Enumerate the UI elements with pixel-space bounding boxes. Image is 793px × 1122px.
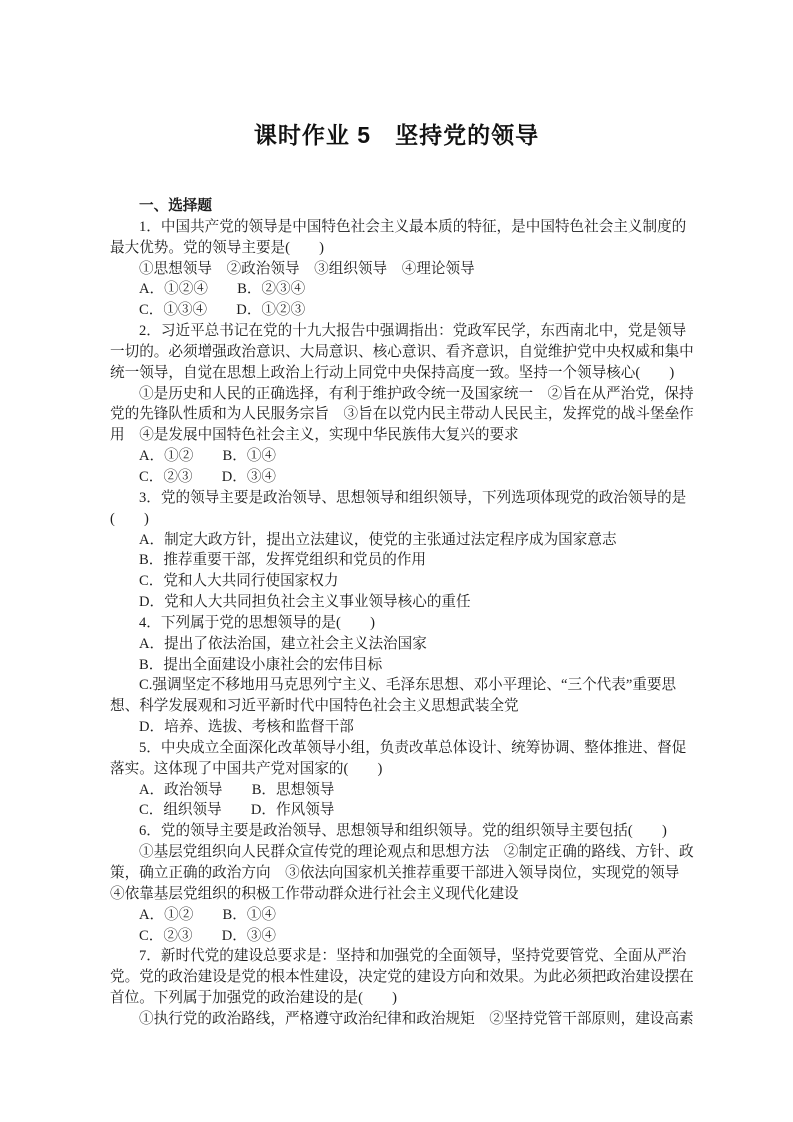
q3-option-c: C．党和人大共同行使国家权力 — [110, 571, 692, 592]
q6-items-line-1: ①基层党组织向人民群众宣传党的理论观点和思想方法 ②制定正确的路线、方针、政 — [110, 842, 692, 863]
q6-options-cd: C．②③ D．③④ — [110, 926, 692, 947]
q3-stem-line-1: 3．党的领导主要是政治领导、思想领导和组织领导，下列选项体现党的政治领导的是 — [110, 488, 692, 509]
page-title: 课时作业 5 坚持党的领导 — [0, 117, 793, 150]
q2-items-line-2: 党的先锋队性质和为人民服务宗旨 ③旨在以党内民主带动人民民主，发挥党的战斗堡垒作 — [110, 404, 692, 425]
q4-option-c-line-2: 想、科学发展观和习近平新时代中国特色社会主义思想武装全党 — [110, 696, 692, 717]
q4-option-b: B．提出全面建设小康社会的宏伟目标 — [110, 655, 692, 676]
q6-options-ab: A．①② B．①④ — [110, 905, 692, 926]
q2-items-line-1: ①是历史和人民的正确选择，有利于维护政令统一及国家统一 ②旨在从严治党，保持 — [110, 384, 692, 405]
q7-stem-line-1: 7．新时代党的建设总要求是：坚持和加强党的全面领导，坚持党要管党、全面从严治 — [110, 946, 692, 967]
q3-option-d: D．党和人大共同担负社会主义事业领导核心的重任 — [110, 592, 692, 613]
q2-options-ab: A．①② B．①④ — [110, 446, 692, 467]
q3-stem-line-2: ( ) — [110, 509, 692, 530]
q2-stem-line-2: 一切的。必须增强政治意识、大局意识、核心意识、看齐意识，自觉维护党中央权威和集中 — [110, 342, 692, 363]
q2-stem-line-1: 2．习近平总书记在党的十九大报告中强调指出：党政军民学，东西南北中，党是领导 — [110, 321, 692, 342]
document-body: 一、选择题 1．中国共产党的领导是中国特色社会主义最本质的特征，是中国特色社会主… — [110, 196, 692, 1030]
q1-items: ①思想领导 ②政治领导 ③组织领导 ④理论领导 — [110, 259, 692, 280]
q5-stem-line-1: 5．中央成立全面深化改革领导小组，负责改革总体设计、统筹协调、整体推进、督促 — [110, 738, 692, 759]
q3-option-a: A．制定大政方针，提出立法建议，使党的主张通过法定程序成为国家意志 — [110, 530, 692, 551]
q1-stem-line-1: 1．中国共产党的领导是中国特色社会主义最本质的特征，是中国特色社会主义制度的 — [110, 217, 692, 238]
q4-option-c-line-1: C.强调坚定不移地用马克思列宁主义、毛泽东思想、邓小平理论、“三个代表”重要思 — [110, 675, 692, 696]
q6-items-line-3: ④依靠基层党组织的积极工作带动群众进行社会主义现代化建设 — [110, 884, 692, 905]
section-header: 一、选择题 — [110, 196, 692, 217]
q5-options-ab: A．政治领导 B．思想领导 — [110, 780, 692, 801]
q1-stem-line-2: 最大优势。党的领导主要是( ) — [110, 238, 692, 259]
q7-items-line-1: ①执行党的政治路线，严格遵守政治纪律和政治规矩 ②坚持党管干部原则，建设高素 — [110, 1009, 692, 1030]
q4-option-a: A．提出了依法治国，建立社会主义法治国家 — [110, 634, 692, 655]
q4-stem: 4．下列属于党的思想领导的是( ) — [110, 613, 692, 634]
q6-stem: 6．党的领导主要是政治领导、思想领导和组织领导。党的组织领导主要包括( ) — [110, 821, 692, 842]
q4-option-d: D．培养、选拔、考核和监督干部 — [110, 717, 692, 738]
q5-stem-line-2: 落实。这体现了中国共产党对国家的( ) — [110, 759, 692, 780]
q2-stem-line-3: 统一领导，自觉在思想上政治上行动上同党中央保持高度一致。坚持一个领导核心( ) — [110, 363, 692, 384]
q2-options-cd: C．②③ D．③④ — [110, 467, 692, 488]
q2-items-line-3: 用 ④是发展中国特色社会主义，实现中华民族伟大复兴的要求 — [110, 425, 692, 446]
q7-stem-line-2: 党。党的政治建设是党的根本性建设，决定党的建设方向和效果。为此必须把政治建设摆在 — [110, 967, 692, 988]
q3-option-b: B．推荐重要干部，发挥党组织和党员的作用 — [110, 550, 692, 571]
q1-options-ab: A．①②④ B．②③④ — [110, 279, 692, 300]
q7-stem-line-3: 首位。下列属于加强党的政治建设的是( ) — [110, 988, 692, 1009]
q6-items-line-2: 策，确立正确的政治方向 ③依法向国家机关推荐重要干部进入领导岗位，实现党的领导 — [110, 863, 692, 884]
q1-options-cd: C．①③④ D．①②③ — [110, 300, 692, 321]
q5-options-cd: C．组织领导 D．作风领导 — [110, 800, 692, 821]
